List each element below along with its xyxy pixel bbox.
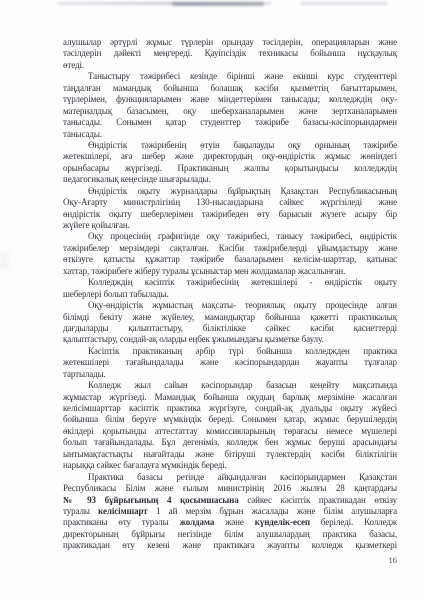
text-segment: Өндірістік оқыту журналдары бұйрықтың Қа…: [88, 186, 397, 196]
paragraph: Кәсіптік практиканың әрбір түрі бойынша …: [63, 346, 397, 380]
text-line: өкілдері қорытынды аттестаттау комиссиял…: [63, 426, 397, 437]
text-segment: таңдалған мамандық бойынша болашақ кәсіб…: [63, 83, 397, 93]
text-segment: орынбасары жүргізеді. Практиканың жалпы …: [63, 163, 397, 173]
text-line: тәжірибелер мерзімдері сақталған. Кәсіби…: [63, 243, 397, 254]
text-segment: нарыққа сәйкес бағалауға мүмкіндік беред…: [63, 460, 227, 470]
text-line: таңдалған мамандық бойынша болашақ кәсіб…: [63, 83, 397, 94]
text-segment: және: [214, 517, 255, 527]
text-segment: дағдыларды қалыптастыру, біліктілікке сә…: [63, 323, 397, 333]
bold-text-segment: келісімшарт: [98, 506, 147, 516]
bold-text-segment: жолдама: [180, 517, 215, 527]
page-number: 16: [0, 555, 397, 565]
paragraph: Өндірістік оқыту журналдары бұйрықтың Қа…: [63, 186, 397, 232]
scan-smudge-artifact: [172, 2, 264, 6]
text-line: тәсілдерін дәйекті меңгереді. Қауіпсізді…: [63, 48, 397, 59]
text-line: жетекшілері тағайындалады және кәсіпорын…: [63, 357, 397, 368]
text-line: туралы келісімшарт 1 ай мерзім бұрын жас…: [63, 506, 397, 517]
text-segment: тартылады.: [63, 369, 106, 379]
text-line: келісімшарттар кәсіптік практика жүргізу…: [63, 403, 397, 414]
text-segment: жетекшілері, аға шебер және директордың …: [63, 151, 397, 161]
text-segment: сәйкес кәсіптік практикадан өткізу: [239, 495, 397, 505]
text-segment: тәсілдерін дәйекті меңгереді. Қауіпсізді…: [63, 48, 397, 58]
text-segment: алушылар әртүрлі жұмыс түрлерін орындау …: [63, 37, 397, 47]
text-line: Оқу-өндірістік жұмыстың мақсаты- теориял…: [63, 300, 397, 311]
text-line: практикадан өту кезені және практикаға ж…: [63, 540, 397, 551]
text-segment: Республикасы Білім және ғылым министріні…: [63, 483, 397, 493]
text-segment: өтеді.: [63, 60, 84, 70]
text-line: түрлерімен, функцияларымен және міндетте…: [63, 94, 397, 105]
text-segment: практикадан өту кезені және практикаға ж…: [63, 540, 397, 550]
text-line: Колледж жыл сайын кәсіпорындар базасын к…: [63, 380, 397, 391]
paragraph: Оқу-өндірістік жұмыстың мақсаты- теориял…: [63, 300, 397, 346]
text-segment: түрлерімен, функцияларымен және міндетте…: [63, 94, 397, 104]
text-line: болып тағайындалады. Бұл дегеніміз, колл…: [63, 437, 397, 448]
text-segment: тәжірибелер мерзімдері сақталған. Кәсіби…: [63, 243, 397, 253]
paragraph: Колледждің кәсіптік тәжірибесінің жетекш…: [63, 277, 397, 300]
text-line: Өндірістік тәжірибенің өтуін бақылауды о…: [63, 140, 397, 151]
text-line: педагогикалық кеңесінде шығарылады.: [63, 174, 397, 185]
text-line: Кәсіптік практиканың әрбір түрі бойынша …: [63, 346, 397, 357]
scan-smudge-artifact: [0, 253, 9, 269]
text-line: Өндірістік оқыту журналдары бұйрықтың Қа…: [63, 186, 397, 197]
text-segment: директорының бұйрығы негізінде білім алу…: [63, 529, 397, 539]
text-line: орынбасары жүргізеді. Практиканың жалпы …: [63, 163, 397, 174]
text-line: өткізуге қатысты құжаттар тәжірибе базал…: [63, 254, 397, 265]
text-segment: Кәсіптік практиканың әрбір түрі бойынша …: [88, 346, 397, 356]
paragraph: Өндірістік тәжірибенің өтуін бақылауды о…: [63, 140, 397, 186]
text-line: Оқу процесінің графигінде оқу тәжірибесі…: [63, 231, 397, 242]
text-line: хаттар, тәжірибеге жіберу туралы ұсыныст…: [63, 266, 397, 277]
bold-text-segment: күнделік-есеп: [255, 517, 310, 527]
text-line: алушылар әртүрлі жұмыс түрлерін орындау …: [63, 37, 397, 48]
text-segment: Өндірістік тәжірибенің өтуін бақылауды о…: [88, 140, 397, 150]
text-line: ынтымақтастықты нығайтады және бітіруші …: [63, 449, 397, 460]
text-line: танысады. Сонымен қатар студенттер тәжір…: [63, 117, 397, 128]
text-segment: ынтымақтастықты нығайтады және бітіруші …: [63, 449, 397, 459]
text-segment: қалыптастыру, сондай-ақ оларды еңбек ұжы…: [63, 334, 324, 344]
text-line: өндірістік оқыту шеберлерімен тәжірибеде…: [63, 209, 397, 220]
text-line: өтеді.: [63, 60, 397, 71]
text-segment: Таныстыру тәжірибесі кезінде бірінші жән…: [88, 71, 397, 81]
text-line: Практика базасы ретінде айқындалған кәсі…: [63, 472, 397, 483]
text-segment: хаттар, тәжірибеге жіберу туралы ұсыныст…: [63, 266, 345, 276]
paragraph: Практика базасы ретінде айқындалған кәсі…: [63, 472, 397, 552]
text-line: Оқу-Ағарту министрлігінің 130-нысандарын…: [63, 197, 397, 208]
text-segment: бойынша білім беруге мүмкіндік береді. С…: [63, 414, 397, 424]
paragraph: Колледж жыл сайын кәсіпорындар базасын к…: [63, 380, 397, 472]
text-segment: танысады. Сонымен қатар студенттер тәжір…: [63, 117, 397, 127]
text-segment: жетекшілері тағайындалады және кәсіпорын…: [63, 357, 397, 367]
text-segment: өткізуге қатысты құжаттар тәжірибе базал…: [63, 254, 397, 264]
text-line: Республикасы Білім және ғылым министріні…: [63, 483, 397, 494]
text-line: жұмыстар жүргізеді. Мамандық бойынша оқу…: [63, 392, 397, 403]
text-segment: жұмыстар жүргізеді. Мамандық бойынша оқу…: [63, 392, 397, 402]
text-segment: танысады.: [63, 129, 102, 139]
text-segment: өндірістік оқыту шеберлерімен тәжірибеде…: [63, 209, 397, 219]
text-segment: жүйеге қойылған.: [63, 220, 130, 230]
text-segment: Колледждің кәсіптік тәжірибесінің жетекш…: [88, 277, 397, 287]
paragraph: Таныстыру тәжірибесі кезінде бірінші жән…: [63, 71, 397, 140]
text-line: директорының бұйрығы негізінде білім алу…: [63, 529, 397, 540]
text-segment: Оқу-өндірістік жұмыстың мақсаты- теориял…: [88, 300, 397, 310]
text-line: жетекшілері, аға шебер және директордың …: [63, 151, 397, 162]
text-line: нарыққа сәйкес бағалауға мүмкіндік беред…: [63, 460, 397, 471]
text-segment: Практика базасы ретінде айқындалған кәсі…: [88, 472, 397, 482]
text-line: жүйеге қойылған.: [63, 220, 397, 231]
text-segment: педагогикалық кеңесінде шығарылады.: [63, 174, 211, 184]
text-line: тартылады.: [63, 369, 397, 380]
text-segment: практиканы өту туралы: [63, 517, 180, 527]
text-line: № 93 бұйрығының 4 қосымшасына сәйкес кәс…: [63, 495, 397, 506]
text-line: материалдық базасымен, оқу шеберханалары…: [63, 106, 397, 117]
text-segment: келісімшарттар кәсіптік практика жүргізу…: [63, 403, 397, 413]
bold-text-segment: № 93 бұйрығының 4 қосымшасына: [63, 495, 239, 505]
text-segment: беріледі. Колледж: [310, 517, 397, 527]
text-segment: Оқу-Ағарту министрлігінің 130-нысандарын…: [63, 197, 397, 207]
text-line: Таныстыру тәжірибесі кезінде бірінші жән…: [63, 71, 397, 82]
text-segment: білімді бекіту және жүйелеу, мамандықтар…: [63, 312, 397, 322]
text-line: қалыптастыру, сондай-ақ оларды еңбек ұжы…: [63, 334, 397, 345]
text-line: білімді бекіту және жүйелеу, мамандықтар…: [63, 312, 397, 323]
paragraph: алушылар әртүрлі жұмыс түрлерін орындау …: [63, 37, 397, 71]
text-segment: 1 ай мерзім бұрын жасалады және білім ал…: [148, 506, 397, 516]
text-line: шеберлері болып табылады.: [63, 289, 397, 300]
text-segment: өкілдері қорытынды аттестаттау комиссиял…: [63, 426, 397, 436]
paragraph: Оқу процесінің графигінде оқу тәжірибесі…: [63, 231, 397, 277]
text-segment: туралы: [63, 506, 98, 516]
scanned-document-page: алушылар әртүрлі жұмыс түрлерін орындау …: [0, 0, 424, 600]
text-line: бойынша білім беруге мүмкіндік береді. С…: [63, 414, 397, 425]
text-line: практиканы өту туралы жолдама және күнде…: [63, 517, 397, 528]
text-line: танысады.: [63, 129, 397, 140]
text-segment: материалдық базасымен, оқу шеберханалары…: [63, 106, 397, 116]
text-segment: Оқу процесінің графигінде оқу тәжірибесі…: [88, 231, 397, 241]
document-text-block: алушылар әртүрлі жұмыс түрлерін орындау …: [63, 37, 397, 552]
text-segment: Колледж жыл сайын кәсіпорындар базасын к…: [88, 380, 397, 390]
scan-smudge-artifact: [57, 2, 271, 5]
text-line: Колледждің кәсіптік тәжірибесінің жетекш…: [63, 277, 397, 288]
text-segment: шеберлері болып табылады.: [63, 289, 169, 299]
scan-smudge-artifact: [301, 2, 387, 5]
text-line: дағдыларды қалыптастыру, біліктілікке сә…: [63, 323, 397, 334]
text-segment: болып тағайындалады. Бұл дегеніміз, колл…: [63, 437, 397, 447]
